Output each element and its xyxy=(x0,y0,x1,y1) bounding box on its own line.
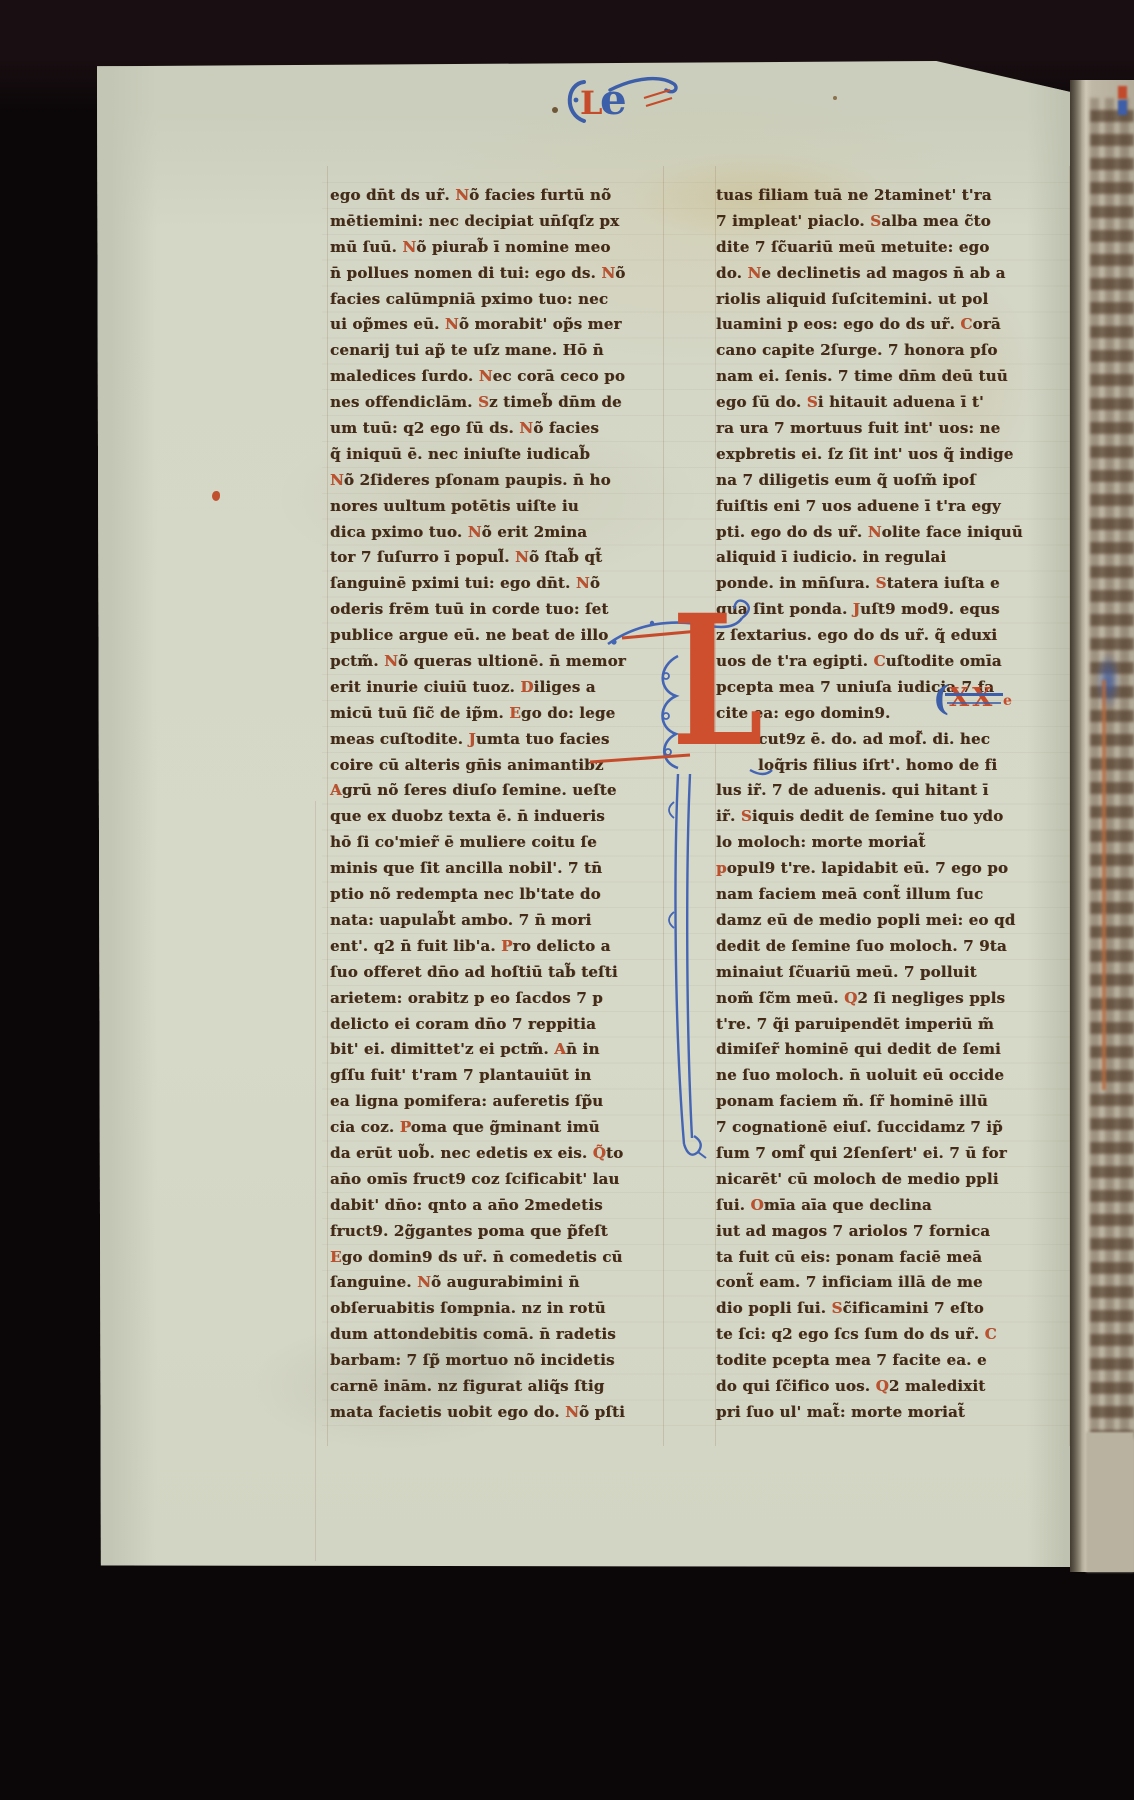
speck xyxy=(833,96,837,100)
text-line: tor 7 ſuſurro ī popul̃. Nõ ſtab̃ qt̃ xyxy=(330,545,670,571)
text-line: mū ſuū. Nõ piurab̃ ī nomine meo xyxy=(330,235,670,261)
text-line: pri ſuo ul' mat̃: morte moriat̃ xyxy=(716,1400,1072,1426)
next-folio-rubric xyxy=(1118,100,1127,115)
text-line: maledices ſurdo. Nec corā ceco po xyxy=(330,364,670,390)
chapter-numeral-superscript: e xyxy=(1003,693,1012,709)
text-line: barbam: 7 ſp̃ mortuo nõ incidetis xyxy=(330,1348,670,1374)
text-line: luamini p eos: ego do ds ur̃. Corā xyxy=(716,312,1072,338)
text-line: ſui. Omīa aīa que declina xyxy=(716,1193,1072,1219)
text-line: pti. ego do ds ur̃. Nolite face iniquū xyxy=(716,520,1072,546)
text-line: ra ura 7 mortuus fuit int' uos: ne xyxy=(716,416,1072,442)
text-line: nores uultum potētis uiſte iu xyxy=(330,494,670,520)
text-line: ego ſū do. Si hitauit aduena ī t' xyxy=(716,390,1072,416)
text-line: ego dn̄t ds ur̃. Nõ facies furtū nõ xyxy=(330,183,670,209)
text-line: 7 impleat' piaclo. Salba mea c̃to xyxy=(716,209,1072,235)
text-line: mētiemini: nec decipiat un̄ſqſz px xyxy=(330,209,670,235)
text-line: todite pcepta mea 7 facite ea. e xyxy=(716,1348,1072,1374)
text-line: ta fuit cū eis: ponam faciē meā xyxy=(716,1245,1072,1271)
text-line: nam ei. ſenis. 7 time dn̄m deū tuū xyxy=(716,364,1072,390)
paraph-mark: ( xyxy=(933,679,949,719)
text-line: fuiſtis eni 7 uos aduene ī t'ra egy xyxy=(716,494,1072,520)
text-line: q̃ iniquū ē. nec iniuſte iudicab̃ xyxy=(330,442,670,468)
text-line: dabit' dn̄o: qnto a an̄o 2medetis xyxy=(330,1193,670,1219)
text-line: fruct9. 2g̃gantes poma que p̃feſt xyxy=(330,1219,670,1245)
text-line: Ego domin9 ds ur̃. n̄ comedetis cū xyxy=(330,1245,670,1271)
text-line: do. Ne declinetis ad magos n̄ ab a xyxy=(716,261,1072,287)
text-line: dica pximo tuo. Nõ erit 2mina xyxy=(330,520,670,546)
next-folio-margin xyxy=(1086,1432,1134,1572)
text-line: Nõ 2ſideres pſonam paupis. n̄ ho xyxy=(330,468,670,494)
running-title: L e xyxy=(556,74,686,130)
text-line: n̄ pollues nomen di tui: ego ds. Nõ xyxy=(330,261,670,287)
paraph-stroke xyxy=(947,702,1001,704)
text-line: dum attondebitis comā. n̄ radetis xyxy=(330,1322,670,1348)
text-line: aliquid ī iudicio. in regulai xyxy=(716,545,1072,571)
column-rule-line xyxy=(327,166,328,1446)
red-speck xyxy=(212,491,220,501)
text-line: expbretis ei. ſz ſit int' uos q̃ indige xyxy=(716,442,1072,468)
text-line: mata facietis uobit ego do. Nõ pſti xyxy=(330,1400,670,1426)
text-line: te ſci: q2 ego ſcs ſum do ds ur̃. C xyxy=(716,1322,1072,1348)
text-line: carnē inām. nz figurat aliq̃s ſtig xyxy=(330,1374,670,1400)
next-folio-initial-blur xyxy=(1096,652,1120,710)
text-line: ſanguine. Nõ augurabimini n̄ xyxy=(330,1270,670,1296)
fore-edge-pages xyxy=(1070,80,1134,1572)
text-line: facies calūmpniā pximo tuo: nec xyxy=(330,287,670,313)
text-line: iut ad magos 7 ariolos 7 fornica xyxy=(716,1219,1072,1245)
text-line: do qui ſc̃ifico uos. Q2 maledixit xyxy=(716,1374,1072,1400)
text-line: dite 7 ſc̃uariū meū metuite: ego xyxy=(716,235,1072,261)
text-line: tuas filiam tuā ne 2taminet' t'ra xyxy=(716,183,1072,209)
chapter-numeral: XX xyxy=(949,683,995,713)
page-edge-shadow xyxy=(1070,80,1082,1572)
chapter-number: ( XX e xyxy=(933,681,1019,717)
running-title-letter-e: e xyxy=(600,75,627,124)
next-folio-text-blur xyxy=(1090,98,1134,1438)
chapter-initial-letter: L xyxy=(672,594,758,770)
text-line: na 7 diligetis eum q̃ uoſm̃ ipoſ xyxy=(716,468,1072,494)
text-line: cenarij tui ap̃ te uſz mane. Hō n̄ xyxy=(330,338,670,364)
text-line: cano capite 2ſurge. 7 honora pſo xyxy=(716,338,1072,364)
parchment-crease xyxy=(315,801,316,1561)
text-line: dio popli ſui. Sc̃ificamini 7 eſto xyxy=(716,1296,1072,1322)
text-line: obſeruabitis ſompnia. nz in rotū xyxy=(330,1296,670,1322)
manuscript-page: L e ego dn̄t ds ur̃. Nõ facies furtū nõm… xyxy=(97,61,1073,1567)
text-line: nes offendiclām. Sz timeb̃ dn̄m de xyxy=(330,390,670,416)
text-line: um tuū: q2 ego ſū ds. Nõ facies xyxy=(330,416,670,442)
text-line: ui op̃mes eū. Nõ morabit' op̃s mer xyxy=(330,312,670,338)
paraph-stroke xyxy=(945,693,1003,696)
photo-background: L e ego dn̄t ds ur̃. Nõ facies furtū nõm… xyxy=(0,0,1134,1800)
next-folio-rubric xyxy=(1118,86,1127,99)
text-line: riolis aliquid ſuſcitemini. ut pol xyxy=(716,287,1072,313)
next-folio-flourish-blur xyxy=(1102,680,1106,1090)
text-line: cont̃ eam. 7 inficiam illā de me xyxy=(716,1270,1072,1296)
